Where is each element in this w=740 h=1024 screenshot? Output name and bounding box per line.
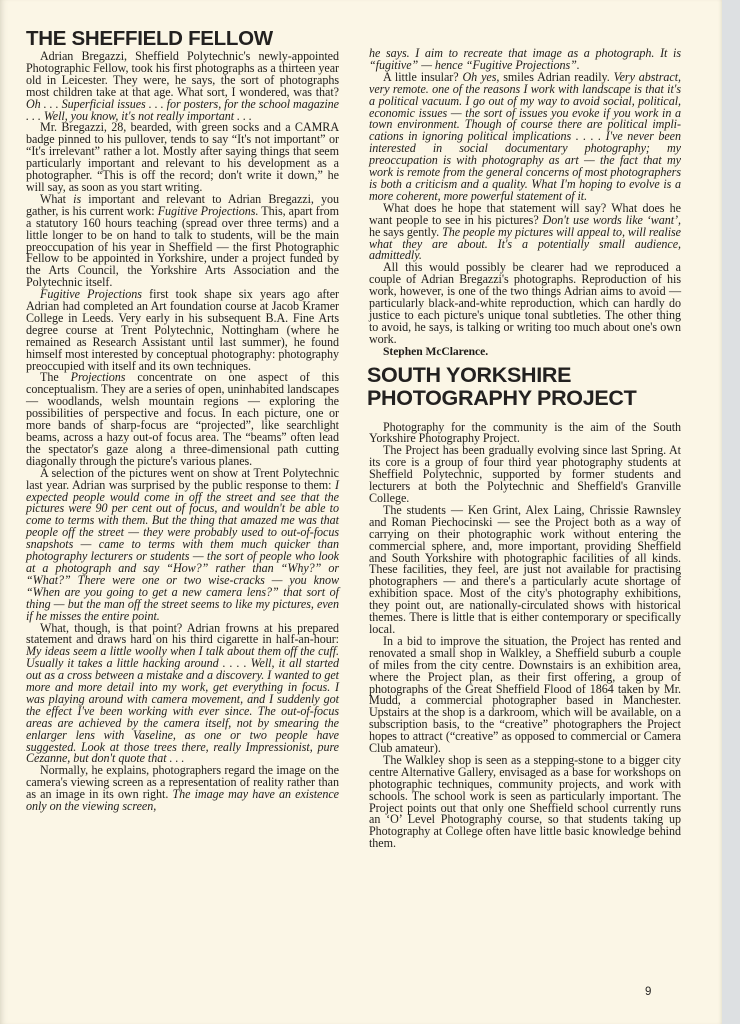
paragraph: Adrian Bregazzi, Sheffield Polytechnic's…: [26, 51, 339, 122]
paragraph: A selection of the pictures went on show…: [26, 468, 339, 623]
paragraph: A little insular? Oh yes, smiles Adrian …: [369, 72, 681, 203]
page-number: 9: [645, 986, 651, 998]
paragraph: Fugitive Projections first took shape si…: [26, 289, 339, 372]
paragraph: The students — Ken Grint, Alex Laing, Ch…: [369, 505, 681, 636]
article1-body: Adrian Bregazzi, Sheffield Polytechnic's…: [26, 51, 339, 813]
paragraph: What does he hope that statement will sa…: [369, 203, 681, 263]
article-title-south-yorkshire: SOUTH YORKSHIRE PHOTOGRAPHY PROJECT: [367, 364, 681, 410]
left-column: THE SHEFFIELD FELLOW Adrian Bregazzi, Sh…: [26, 28, 339, 813]
paragraph: Photography for the community is the aim…: [369, 422, 681, 446]
paragraph: What, though, is that point? Adrian frow…: [26, 623, 339, 766]
paragraph: The Project has been gradually evolving …: [369, 445, 681, 505]
paragraph: he says. I aim to recreate that image as…: [369, 48, 681, 72]
paragraph: The Walkley shop is seen as a stepping-s…: [369, 755, 681, 850]
article2-body: Photography for the community is the aim…: [369, 422, 681, 851]
author-byline: Stephen McClarence.: [369, 346, 681, 358]
right-column: he says. I aim to recreate that image as…: [369, 48, 681, 850]
magazine-page: THE SHEFFIELD FELLOW Adrian Bregazzi, Sh…: [0, 0, 722, 1024]
paragraph: The Projections concentrate on one aspec…: [26, 372, 339, 467]
paragraph: Mr. Bregazzi, 28, bearded, with green so…: [26, 122, 339, 193]
article1-continuation: he says. I aim to recreate that image as…: [369, 48, 681, 346]
article-title-sheffield-fellow: THE SHEFFIELD FELLOW: [26, 28, 339, 50]
paragraph: All this would possibly be clearer had w…: [369, 262, 681, 345]
paragraph: In a bid to improve the situation, the P…: [369, 636, 681, 755]
paragraph: Normally, he explains, photographers reg…: [26, 765, 339, 813]
paragraph: What is important and relevant to Adrian…: [26, 194, 339, 289]
